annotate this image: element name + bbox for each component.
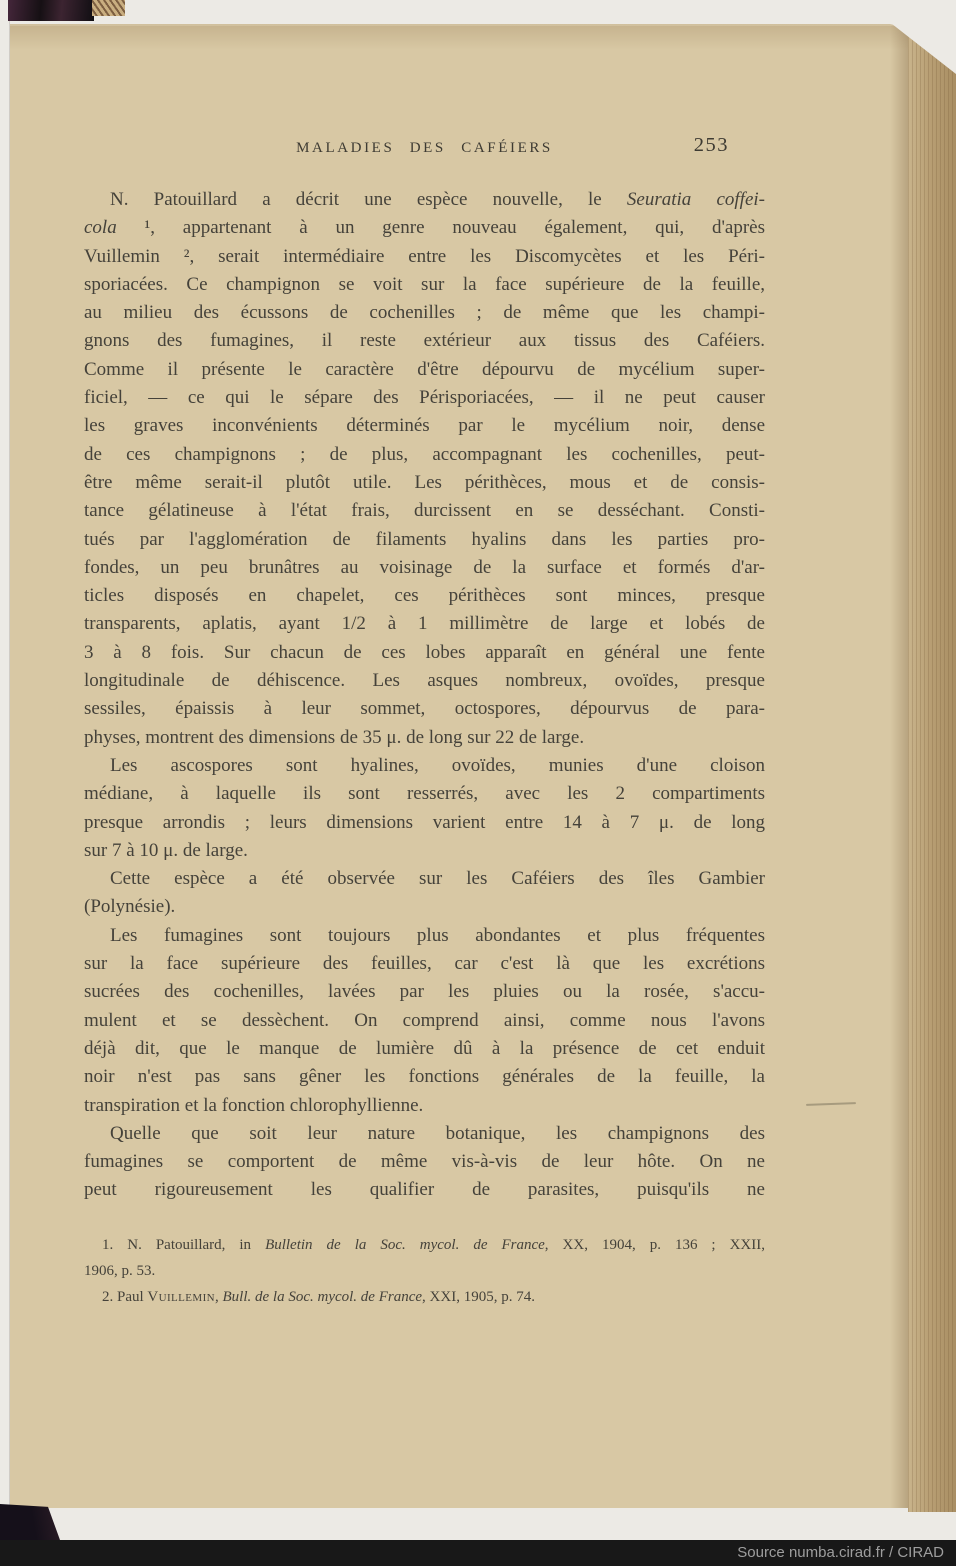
text-segment: Vuillemin ², serait intermédiaire entre … <box>84 246 765 267</box>
text-line: 2. Paul Vuillemin, Bull. de la Soc. myco… <box>84 1284 765 1310</box>
text-line: Les fumagines sont toujours plus abondan… <box>84 922 765 950</box>
text-segment: transpiration et la fonction chlorophyll… <box>84 1095 423 1116</box>
source-attribution-bar: Source numba.cirad.fr / CIRAD <box>0 1540 956 1566</box>
paragraph: Les fumagines sont toujours plus abondan… <box>84 922 765 1120</box>
book-binding-corner <box>8 0 94 21</box>
text-segment: ticles disposés en chapelet, ces périthè… <box>84 585 765 606</box>
text-segment: , XXI, 1905, p. 74. <box>422 1289 535 1305</box>
text-segment: Comme il présente le caractère d'être dé… <box>84 359 765 380</box>
text-line: Les ascospores sont hyalines, ovoïdes, m… <box>84 752 765 780</box>
text-line: noir n'est pas sans gêner les fonctions … <box>84 1063 765 1091</box>
text-line: fondes, un peu brunâtres au voisinage de… <box>84 554 765 582</box>
text-line: 1. N. Patouillard, in Bulletin de la Soc… <box>84 1232 765 1258</box>
text-line: médiane, à laquelle ils sont resserrés, … <box>84 780 765 808</box>
text-line: Vuillemin ², serait intermédiaire entre … <box>84 243 765 271</box>
text-segment: Les fumagines sont toujours plus abondan… <box>110 925 765 946</box>
text-line: ticles disposés en chapelet, ces périthè… <box>84 582 765 610</box>
text-segment: sporiacées. Ce champignon se voit sur la… <box>84 274 765 295</box>
text-line: être même serait-il plutôt utile. Les pé… <box>84 469 765 497</box>
text-line: les graves inconvénients déterminés par … <box>84 412 765 440</box>
paragraph: 1. N. Patouillard, in Bulletin de la Soc… <box>84 1232 765 1284</box>
italic-text-segment: Seuratia coffei- <box>627 189 765 210</box>
text-segment: être même serait-il plutôt utile. Les pé… <box>84 472 765 493</box>
text-segment: tués par l'agglomération de filaments hy… <box>84 529 765 550</box>
text-segment: longitudinale de déhiscence. Les asques … <box>84 670 765 691</box>
footnotes: 1. N. Patouillard, in Bulletin de la Soc… <box>84 1232 765 1310</box>
text-line: presque arrondis ; leurs dimensions vari… <box>84 809 765 837</box>
paragraph: 2. Paul Vuillemin, Bull. de la Soc. myco… <box>84 1284 765 1310</box>
text-segment: 1. N. Patouillard, in <box>102 1237 265 1253</box>
text-segment: transparents, aplatis, ayant 1/2 à 1 mil… <box>84 613 765 634</box>
text-line: N. Patouillard a décrit une espèce nouve… <box>84 186 765 214</box>
page-header: MALADIES DES CAFÉIERS 253 <box>84 138 765 158</box>
text-segment: mulent et se dessèchent. On comprend ain… <box>84 1010 765 1031</box>
text-line: (Polynésie). <box>84 893 765 921</box>
page-fore-edge <box>908 26 956 1512</box>
text-line: sucrées des cochenilles, lavées par les … <box>84 978 765 1006</box>
text-line: au milieu des écussons de cochenilles ; … <box>84 299 765 327</box>
text-line: Cette espèce a été observée sur les Café… <box>84 865 765 893</box>
text-segment: de ces champignons ; de plus, accompagna… <box>84 444 765 465</box>
text-segment: peut rigoureusement les qualifier de par… <box>84 1179 765 1200</box>
text-line: gnons des fumagines, il reste extérieur … <box>84 327 765 355</box>
paragraph: N. Patouillard a décrit une espèce nouve… <box>84 186 765 752</box>
text-segment: (Polynésie). <box>84 896 175 917</box>
source-label: Source numba.cirad.fr / CIRAD <box>737 1544 944 1561</box>
text-segment: médiane, à laquelle ils sont resserrés, … <box>84 783 765 804</box>
text-segment: ¹, appartenant à un genre nouveau égalem… <box>117 217 765 238</box>
text-segment: sur la face supérieure des feuilles, car… <box>84 953 765 974</box>
italic-text-segment: cola <box>84 217 117 238</box>
text-segment: Cette espèce a été observée sur les Café… <box>110 868 765 889</box>
paragraph: Quelle que soit leur nature botanique, l… <box>84 1120 765 1205</box>
text-line: fumagines se comportent de même vis-à-vi… <box>84 1148 765 1176</box>
text-line: physes, montrent des dimensions de 35 μ.… <box>84 724 765 752</box>
text-line: ficiel, — ce qui le sépare des Périspori… <box>84 384 765 412</box>
text-segment: gnons des fumagines, il reste extérieur … <box>84 330 765 351</box>
text-segment: les graves inconvénients déterminés par … <box>84 415 765 436</box>
text-line: longitudinale de déhiscence. Les asques … <box>84 667 765 695</box>
text-segment: fondes, un peu brunâtres au voisinage de… <box>84 557 765 578</box>
text-segment: , <box>215 1289 223 1305</box>
text-line: 1906, p. 53. <box>84 1258 765 1284</box>
text-segment: Les ascospores sont hyalines, ovoïdes, m… <box>110 755 765 776</box>
text-line: Comme il présente le caractère d'être dé… <box>84 356 765 384</box>
text-segment: ficiel, — ce qui le sépare des Périspori… <box>84 387 765 408</box>
text-segment: au milieu des écussons de cochenilles ; … <box>84 302 765 323</box>
bookmark-ribbon <box>92 0 125 16</box>
text-line: sessiles, épaissis à leur sommet, octosp… <box>84 695 765 723</box>
paragraph: Cette espèce a été observée sur les Café… <box>84 865 765 922</box>
text-segment: Quelle que soit leur nature botanique, l… <box>110 1123 765 1144</box>
page-number: 253 <box>694 134 729 157</box>
text-column: MALADIES DES CAFÉIERS 253 N. Patouillard… <box>84 138 765 1310</box>
body-text: N. Patouillard a décrit une espèce nouve… <box>84 186 765 1205</box>
paragraph: Les ascospores sont hyalines, ovoïdes, m… <box>84 752 765 865</box>
italic-text-segment: Bulletin de la Soc. mycol. de France <box>265 1237 545 1253</box>
text-segment: , XX, 1904, p. 136 ; XXII, <box>545 1237 765 1253</box>
text-line: 3 à 8 fois. Sur chacun de ces lobes appa… <box>84 639 765 667</box>
text-segment: fumagines se comportent de même vis-à-vi… <box>84 1151 765 1172</box>
text-segment: 1906, p. 53. <box>84 1263 155 1279</box>
italic-text-segment: Bull. de la Soc. mycol. de France <box>223 1289 423 1305</box>
text-line: transparents, aplatis, ayant 1/2 à 1 mil… <box>84 610 765 638</box>
text-segment: noir n'est pas sans gêner les fonctions … <box>84 1066 765 1087</box>
book-binding-bottom <box>0 1504 60 1540</box>
text-line: déjà dit, que le manque de lumière dû à … <box>84 1035 765 1063</box>
text-line: peut rigoureusement les qualifier de par… <box>84 1176 765 1204</box>
scanned-book-page-view: MALADIES DES CAFÉIERS 253 N. Patouillard… <box>0 0 956 1566</box>
text-segment: sur 7 à 10 μ. de large. <box>84 840 248 861</box>
text-line: sur la face supérieure des feuilles, car… <box>84 950 765 978</box>
text-line: de ces champignons ; de plus, accompagna… <box>84 441 765 469</box>
text-line: cola ¹, appartenant à un genre nouveau é… <box>84 214 765 242</box>
text-line: Quelle que soit leur nature botanique, l… <box>84 1120 765 1148</box>
text-line: sporiacées. Ce champignon se voit sur la… <box>84 271 765 299</box>
text-line: sur 7 à 10 μ. de large. <box>84 837 765 865</box>
text-segment: sessiles, épaissis à leur sommet, octosp… <box>84 698 765 719</box>
text-line: mulent et se dessèchent. On comprend ain… <box>84 1007 765 1035</box>
book-page: MALADIES DES CAFÉIERS 253 N. Patouillard… <box>10 24 908 1508</box>
smallcaps-text-segment: Vuillemin <box>147 1289 215 1305</box>
text-segment: déjà dit, que le manque de lumière dû à … <box>84 1038 765 1059</box>
text-segment: sucrées des cochenilles, lavées par les … <box>84 981 765 1002</box>
scan-artifact-mark <box>806 1102 856 1106</box>
text-segment: presque arrondis ; leurs dimensions vari… <box>84 812 765 833</box>
text-segment: 2. Paul <box>102 1289 147 1305</box>
text-line: tués par l'agglomération de filaments hy… <box>84 526 765 554</box>
text-line: transpiration et la fonction chlorophyll… <box>84 1092 765 1120</box>
text-segment: tance gélatineuse à l'état frais, durcis… <box>84 500 765 521</box>
text-segment: N. Patouillard a décrit une espèce nouve… <box>110 189 627 210</box>
text-line: tance gélatineuse à l'état frais, durcis… <box>84 497 765 525</box>
text-segment: 3 à 8 fois. Sur chacun de ces lobes appa… <box>84 642 765 663</box>
text-segment: physes, montrent des dimensions de 35 μ.… <box>84 727 584 748</box>
running-title: MALADIES DES CAFÉIERS <box>296 138 553 158</box>
